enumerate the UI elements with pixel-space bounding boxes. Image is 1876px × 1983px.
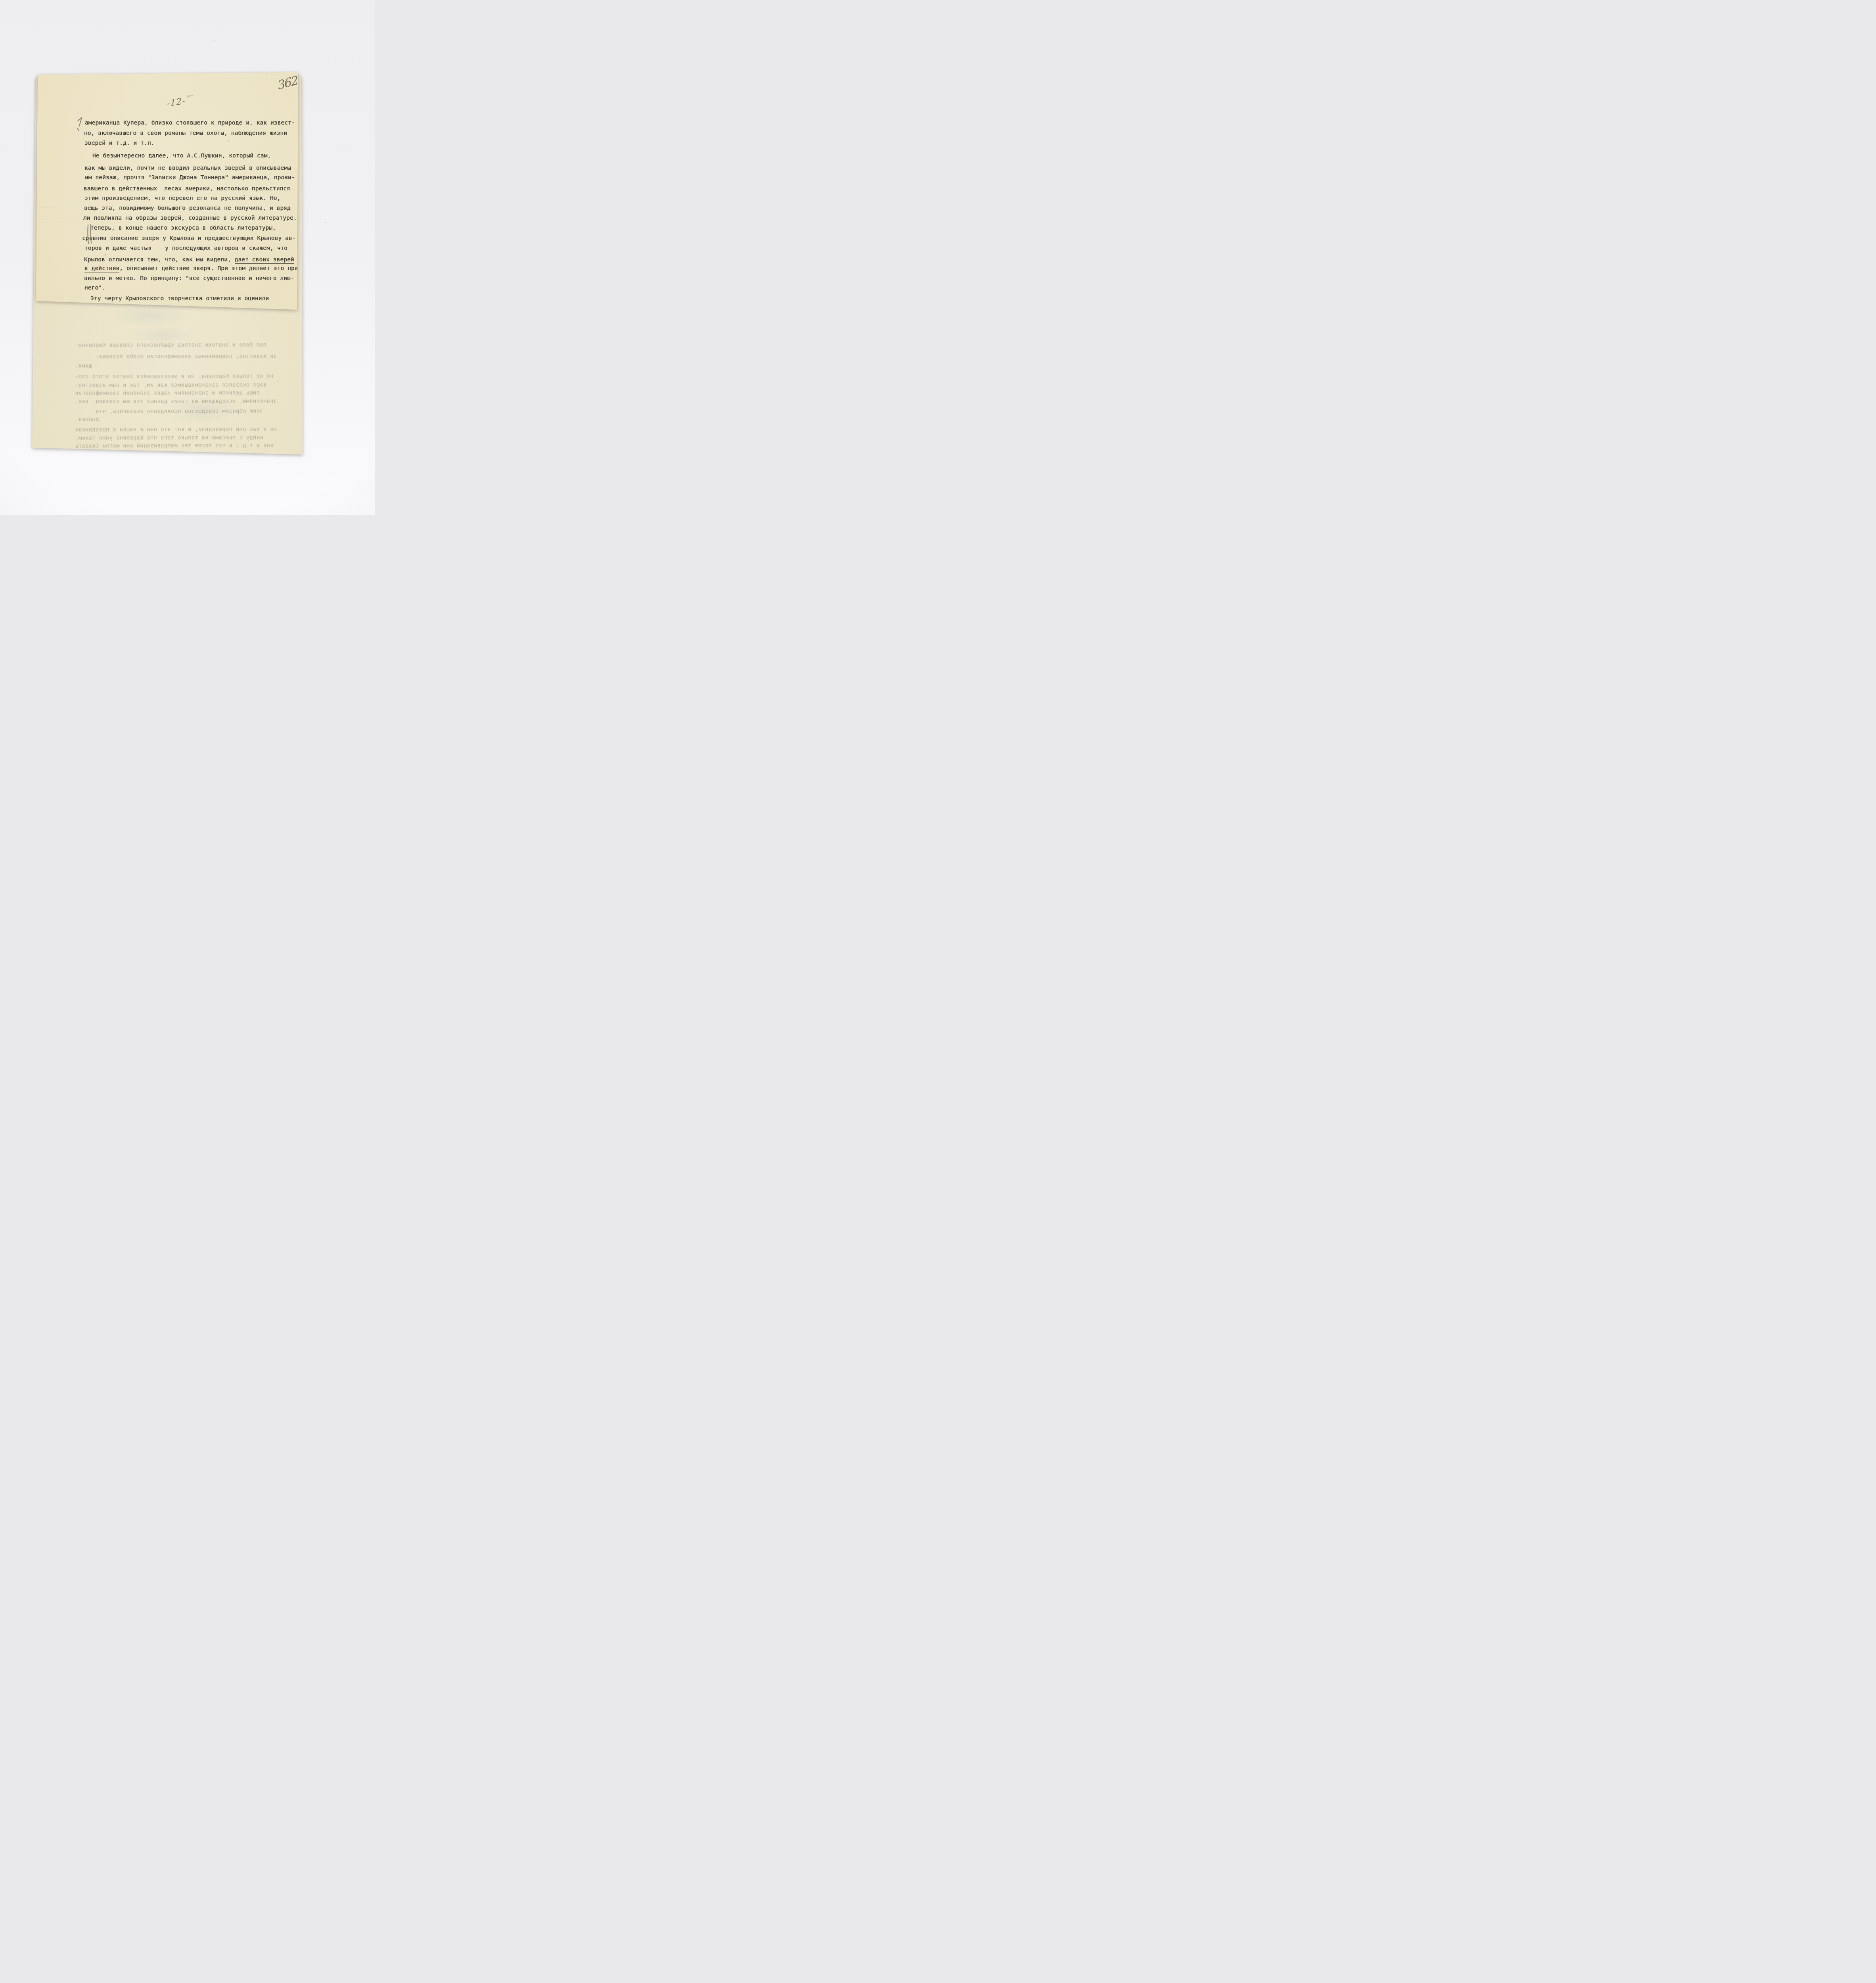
typed-line: торов и даже частью у последующих авторо… [84,245,287,252]
typed-segment: вавшего в действенных лесах америки, нас… [84,186,290,192]
typed-line: вещь эта, повидимому большого резонанса … [84,205,291,212]
typed-line: ли повлияла на образы зверей, созданные … [83,215,297,222]
typed-line: него". [84,284,105,292]
typed-segment: Крылов отличается тем, что, как мы видел… [84,257,235,263]
typed-line: вавшего в действенных лесах америки, нас… [84,185,290,192]
typed-line: американца Купера, близко стоявшего к пр… [85,119,295,127]
typed-segment: Теперь, в конце нашего экскурса в област… [90,225,276,231]
typed-segment: вильно и метко. По принципу: "все сущест… [84,275,294,282]
typed-segment: , описывает действие зверя. При этом дел… [119,265,301,272]
paper-sheet-top-wrap: американца Купера, близко стоявшего к пр… [0,0,375,515]
typed-line: но, включавшего в свои романы темы охоты… [84,130,287,137]
typed-segment: Эту черту Крыловского творчества отметил… [90,295,269,302]
typed-line: этим произведением, что перевел его на р… [84,195,280,202]
typed-segment: этим произведением, что перевел его на р… [84,195,280,201]
paper-speck [238,171,239,171]
typed-segment: но, включавшего в свои романы темы охоты… [84,130,287,136]
typed-line: Крылов отличается тем, что, как мы видел… [84,256,294,263]
pencil-margin-mark-icon [86,224,92,245]
typed-text: американца Купера, близко стоявшего к пр… [0,0,375,515]
dust-speck [325,222,326,223]
typed-line: как мы видели, почти не вводил реальных … [84,165,291,172]
pencil-tick-icon: ’ [294,74,295,78]
paper-speck [105,254,106,255]
typed-segment: него". [84,285,105,291]
typed-line: в действии, описывает действие зверя. Пр… [84,265,301,272]
paper-sheet-top: американца Купера, близко стоявшего к пр… [0,0,375,515]
typed-line: Теперь, в конце нашего экскурса в област… [90,224,276,232]
pencil-squiggle-icon: о~ [187,93,194,99]
typed-segment: дает своих зверей [235,257,294,264]
typed-segment: им пейзаж, прочтя "Записки Джона Тоннера… [85,175,295,181]
dust-speck [214,40,215,41]
typed-line: сравнив описание зверя у Крылова и предш… [82,235,296,242]
typed-segment: американца Купера, близко стоявшего к пр… [85,120,295,126]
typed-line: им пейзаж, прочтя "Записки Джона Тоннера… [85,174,295,181]
typed-segment: вещь эта, повидимому большого резонанса … [84,205,291,211]
typed-line: Не безынтересно далее, что А.С.Пушкин, к… [92,152,271,159]
typed-segment: сравнив описание зверя у Крылова и предш… [82,235,296,242]
typed-segment: зверей и т.д. и т.п. [84,140,155,146]
typed-segment: торов и даже частью у последующих авторо… [84,245,287,251]
typed-line: вильно и метко. По принципу: "все сущест… [84,275,294,282]
typed-line: Эту черту Крыловского творчества отметил… [90,295,269,302]
typed-segment: ли повлияла на образы зверей, созданные … [83,215,297,221]
typed-segment: в действии [84,265,119,272]
typed-line: зверей и т.д. и т.п. [84,140,155,147]
scan-canvas: лал боле и знатоки знатока крыловского с… [0,0,375,515]
typed-segment: как мы видели, почти не вводил реальных … [84,165,291,171]
typed-segment: Не безынтересно далее, что А.С.Пушкин, к… [92,153,271,159]
pencil-margin-mark-icon [76,116,84,132]
